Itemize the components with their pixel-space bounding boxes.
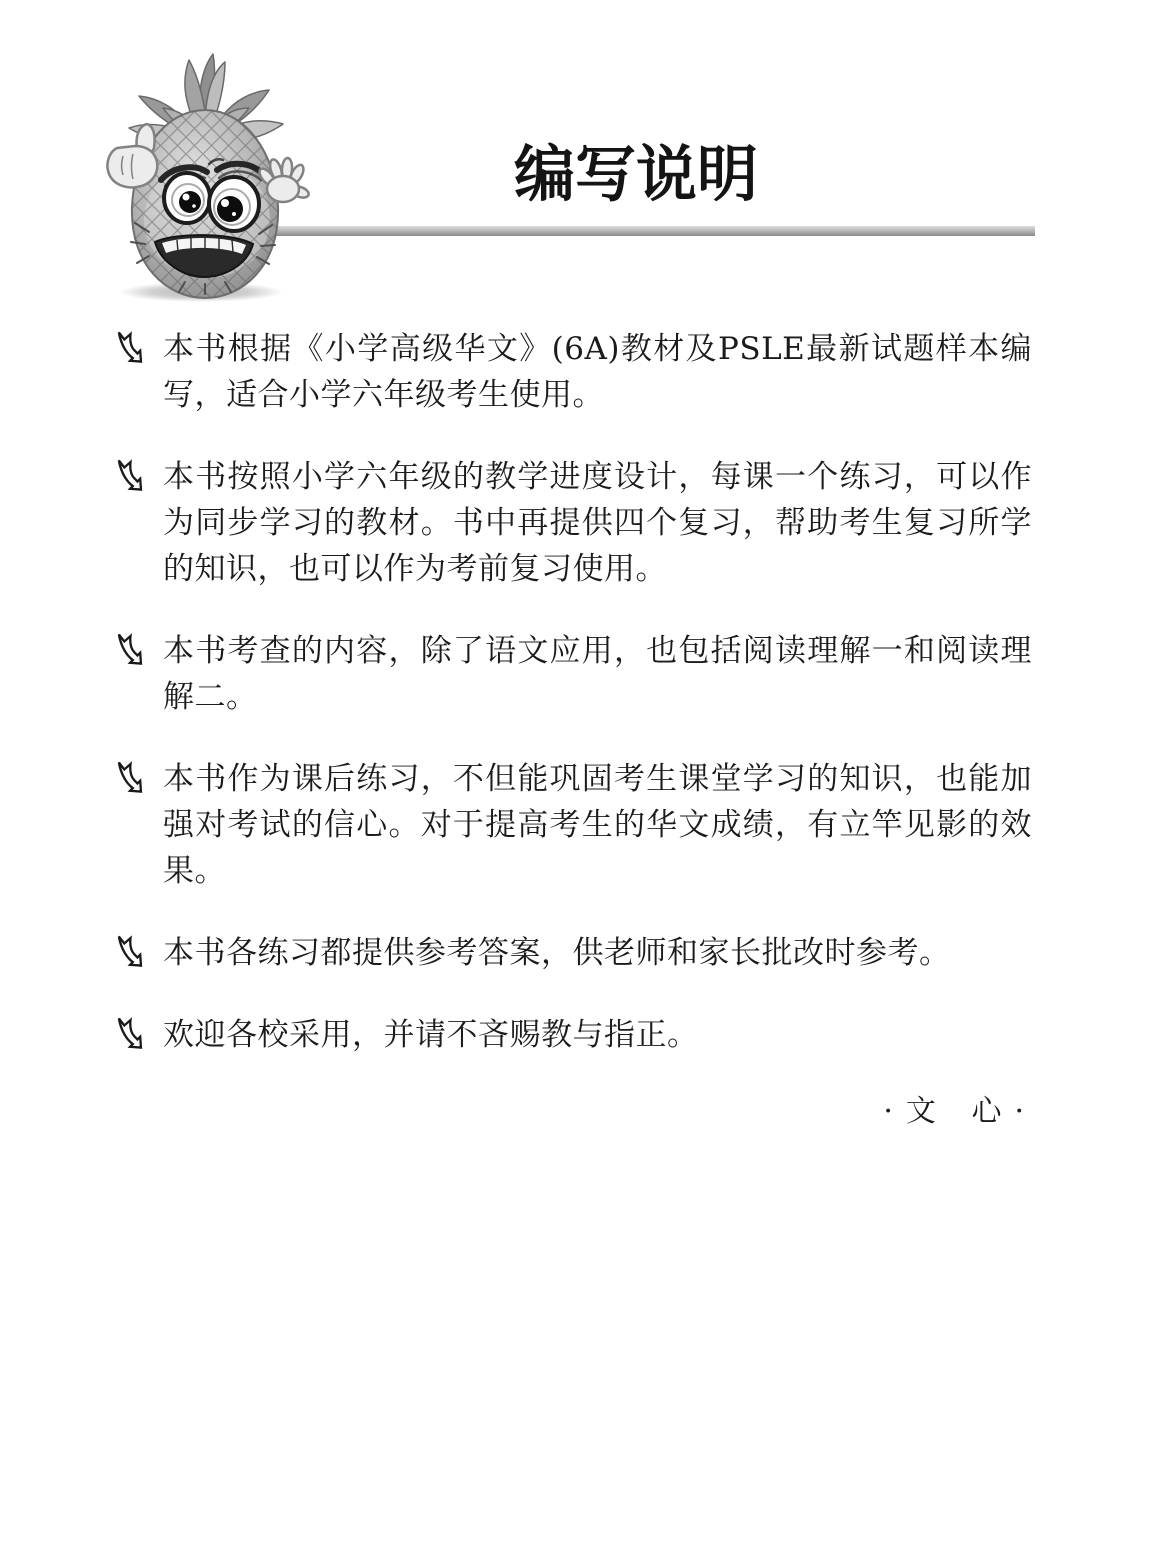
list-item-text: 本书考查的内容，除了语文应用，也包括阅读理解一和阅读理解二。: [163, 628, 1032, 720]
list-item-text: 本书作为课后练习，不但能巩固考生课堂学习的知识，也能加强对考试的信心。对于提高考…: [163, 756, 1032, 894]
author-signature: ·文 心·: [883, 1086, 1037, 1130]
list-item-text: 本书根据《小学高级华文》(6A)教材及PSLE最新试题样本编写，适合小学六年级考…: [163, 326, 1032, 418]
title-underline-rule: [250, 226, 1035, 236]
list-item: 本书按照小学六年级的教学进度设计，每课一个练习，可以作为同步学习的教材。书中再提…: [115, 454, 1032, 592]
notes-list: 本书根据《小学高级华文》(6A)教材及PSLE最新试题样本编写，适合小学六年级考…: [115, 326, 1032, 1094]
curved-arrow-bullet-icon: [115, 632, 146, 668]
list-item-text: 欢迎各校采用，并请不吝赐教与指正。: [163, 1012, 1032, 1058]
curved-arrow-bullet-icon: [115, 330, 146, 366]
list-item: 本书根据《小学高级华文》(6A)教材及PSLE最新试题样本编写，适合小学六年级考…: [115, 326, 1032, 418]
list-item: 本书作为课后练习，不但能巩固考生课堂学习的知识，也能加强对考试的信心。对于提高考…: [115, 756, 1032, 894]
curved-arrow-bullet-icon: [115, 458, 146, 494]
book-page: 编写说明: [0, 0, 1149, 1550]
page-title: 编写说明: [514, 126, 758, 213]
list-item: 欢迎各校采用，并请不吝赐教与指正。: [115, 1012, 1032, 1058]
pineapple-mascot-image: [101, 52, 319, 307]
pineapple-mascot-icon: [101, 52, 319, 307]
curved-arrow-bullet-icon: [115, 760, 146, 796]
list-item: 本书各练习都提供参考答案，供老师和家长批改时参考。: [115, 930, 1032, 976]
list-item-text: 本书各练习都提供参考答案，供老师和家长批改时参考。: [163, 930, 1032, 976]
list-item: 本书考查的内容，除了语文应用，也包括阅读理解一和阅读理解二。: [115, 628, 1032, 720]
list-item-text: 本书按照小学六年级的教学进度设计，每课一个练习，可以作为同步学习的教材。书中再提…: [163, 454, 1032, 592]
curved-arrow-bullet-icon: [115, 1016, 146, 1052]
curved-arrow-bullet-icon: [115, 934, 146, 970]
